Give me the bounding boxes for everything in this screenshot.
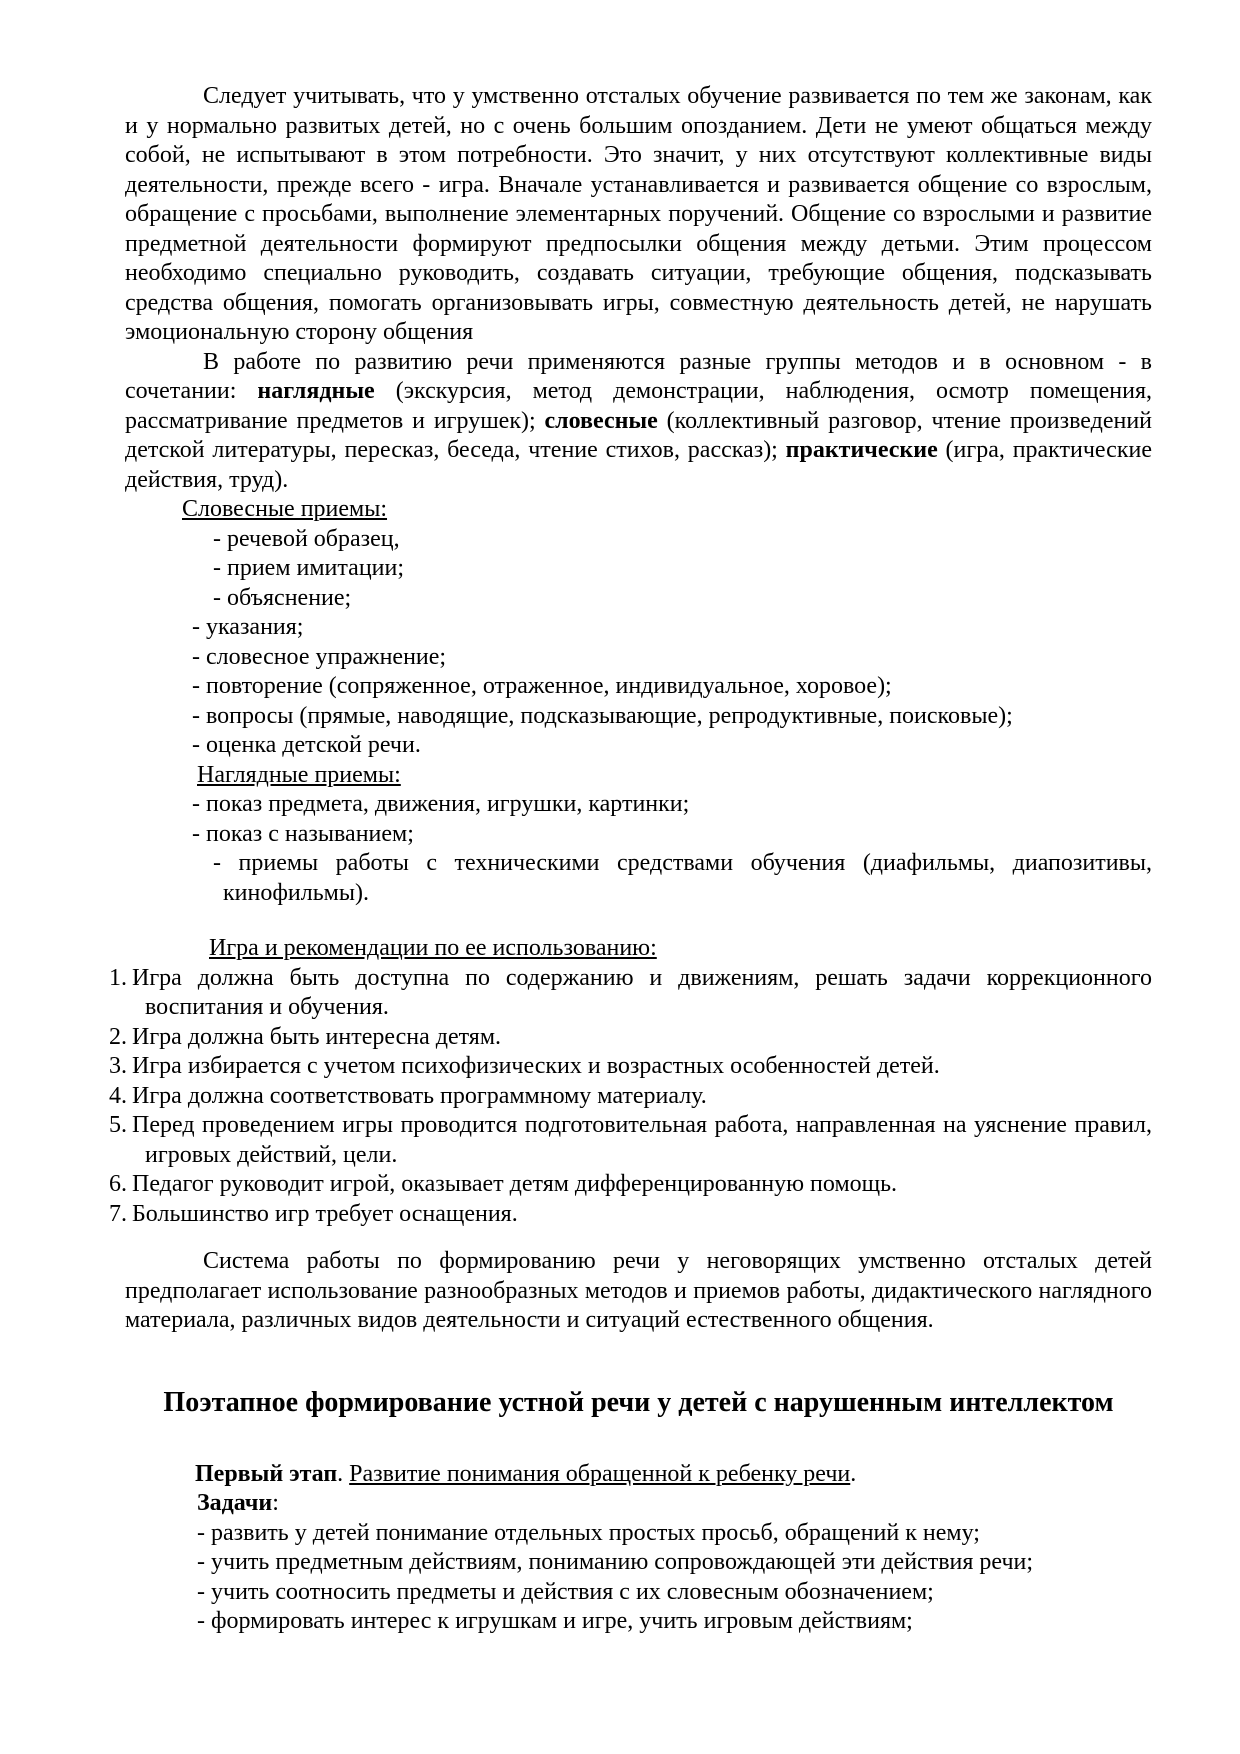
stage-1-label: Первый этап [195,1461,337,1487]
visual-methods-heading: Наглядные приемы: [197,761,1152,791]
item-number: 4. [109,1082,132,1112]
numbered-item: 7.Большинство игр требует оснащения. [109,1200,1152,1230]
list-item: - оценка детской речи. [192,731,1152,761]
stage-1-period: . [850,1461,856,1487]
list-item: - учить соотносить предметы и действия с… [197,1578,1152,1608]
method-term-practical: практические [786,437,938,463]
list-item: - объяснение; [213,584,1152,614]
list-item: - указания; [192,613,1152,643]
section-heading: Поэтапное формирование устной речи у дет… [125,1386,1152,1420]
game-recommendations-heading-text: Игра и рекомендации по ее использованию: [209,935,657,961]
numbered-item: 3.Игра избирается с учетом психофизическ… [109,1052,1152,1082]
item-text: Перед проведением игры проводится подгот… [132,1112,1152,1168]
method-term-verbal: словесные [545,408,658,434]
paragraph-intro: Следует учитывать, что у умственно отста… [125,82,1152,348]
item-text: Игра избирается с учетом психофизических… [132,1053,940,1079]
item-text: Игра должна соответствовать программному… [132,1083,707,1109]
numbered-item: 4.Игра должна соответствовать программно… [109,1082,1152,1112]
item-number: 2. [109,1023,132,1053]
verbal-methods-heading: Словесные приемы: [182,495,1152,525]
stage-1-title-line: Первый этап. Развитие понимания обращенн… [195,1460,1152,1490]
list-item: - словесное упражнение; [192,643,1152,673]
numbered-item: 6.Педагог руководит игрой, оказывает дет… [109,1170,1152,1200]
list-item: - показ с называнием; [192,820,1152,850]
item-text: Игра должна быть интересна детям. [132,1024,501,1050]
visual-methods-heading-text: Наглядные приемы: [197,762,401,788]
paragraph-methods: В работе по развитию речи применяются ра… [125,348,1152,496]
tasks-colon: : [272,1490,279,1516]
item-text: Игра должна быть доступна по содержанию … [132,965,1152,1021]
verbal-methods-list: - речевой образец, - прием имитации; - о… [125,525,1152,761]
list-item: - приемы работы с техническими средствам… [213,849,1152,908]
tasks-list: - развить у детей понимание отдельных пр… [125,1519,1152,1637]
tasks-label: Задачи [197,1490,272,1516]
verbal-methods-heading-text: Словесные приемы: [182,496,387,522]
item-number: 5. [109,1111,132,1141]
tasks-heading: Задачи: [197,1489,1152,1519]
list-item: - повторение (сопряженное, отраженное, и… [192,672,1152,702]
list-item: - развить у детей понимание отдельных пр… [197,1519,1152,1549]
stage-1-title: Развитие понимания обращенной к ребенку … [349,1461,850,1487]
game-recommendations-heading: Игра и рекомендации по ее использованию: [209,934,1152,964]
visual-methods-list: - показ предмета, движения, игрушки, кар… [125,790,1152,908]
list-item: - учить предметным действиям, пониманию … [197,1548,1152,1578]
list-item: - речевой образец, [213,525,1152,555]
list-item: - вопросы (прямые, наводящие, подсказыва… [192,702,1152,732]
item-number: 6. [109,1170,132,1200]
item-number: 3. [109,1052,132,1082]
item-text: Большинство игр требует оснащения. [132,1201,518,1227]
numbered-item: 1.Игра должна быть доступна по содержани… [109,964,1152,1023]
item-number: 7. [109,1200,132,1230]
item-text: Педагог руководит игрой, оказывает детям… [132,1171,897,1197]
list-item: - показ предмета, движения, игрушки, кар… [192,790,1152,820]
list-item: - прием имитации; [213,554,1152,584]
paragraph-system: Система работы по формированию речи у не… [125,1247,1152,1336]
item-number: 1. [109,964,132,994]
numbered-item: 5.Перед проведением игры проводится подг… [109,1111,1152,1170]
numbered-item: 2.Игра должна быть интересна детям. [109,1023,1152,1053]
list-item: - формировать интерес к игрушкам и игре,… [197,1607,1152,1637]
game-recommendations-list: 1.Игра должна быть доступна по содержани… [125,964,1152,1230]
method-term-visual: наглядные [257,378,374,404]
stage-1-separator: . [337,1461,349,1487]
document-page: Следует учитывать, что у умственно отста… [0,0,1240,1754]
